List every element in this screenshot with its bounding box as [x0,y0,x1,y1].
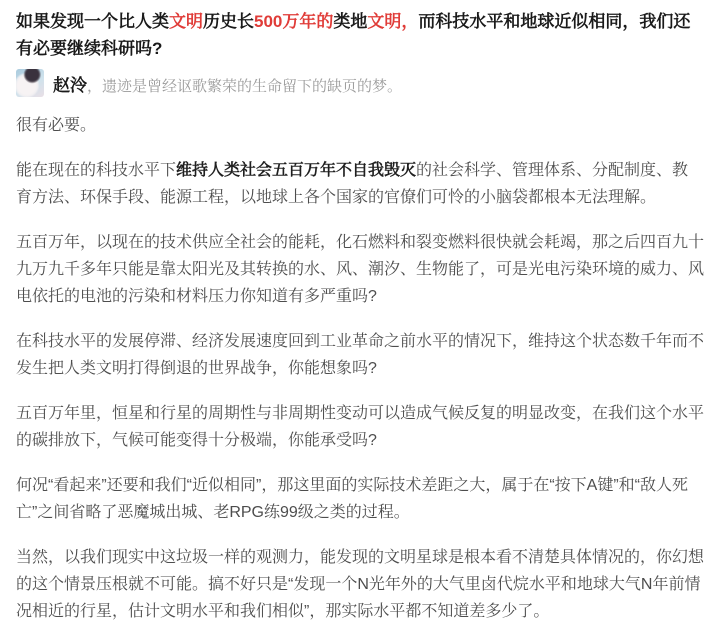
question-title[interactable]: 如果发现一个比人类文明历史长500万年的类地文明，而科技水平和地球近似相同，我们… [16,8,704,62]
answer-paragraph: 何况“看起来”还要和我们“近似相同”，那这里面的实际技术差距之大，属于在“按下A… [16,472,704,526]
page-container: 如果发现一个比人类文明历史长500万年的类地文明，而科技水平和地球近似相同，我们… [0,0,720,623]
answer-paragraph: 当然，以我们现实中这垃圾一样的观测力，能发现的文明星球是根本看不清楚具体情况的，… [16,544,704,623]
text-run: 五百万年里，恒星和行星的周期性与非周期性变动可以造成气候反复的明显改变，在我们这… [16,405,704,449]
highlighted-keyword: 文明 [169,12,203,31]
text-run: 五百万年，以现在的技术供应全社会的能耗，化石燃料和裂变燃料很快就会耗竭，那之后四… [16,234,704,305]
answer-paragraph: 能在现在的科技水平下维持人类社会五百万年不自我毁灭的社会科学、管理体系、分配制度… [16,157,704,211]
bold-emphasis: 维持人类社会五百万年不自我毁灭 [176,162,416,179]
text-run: 如果发现一个比人类 [16,12,169,31]
text-run: 当然，以我们现实中这垃圾一样的观测力，能发现的文明星球是根本看不清楚具体情况的，… [16,549,704,620]
text-run: 在科技水平的发展停滞、经济发展速度回到工业革命之前水平的情况下，维持这个状态数千… [16,333,704,377]
author-bio: 遗迹是曾经讴歌繁荣的生命留下的缺页的梦。 [102,78,402,95]
text-run: 历史长 [203,12,254,31]
answer-paragraph: 五百万年，以现在的技术供应全社会的能耗，化石燃料和裂变燃料很快就会耗竭，那之后四… [16,229,704,310]
answer-body: 很有必要。能在现在的科技水平下维持人类社会五百万年不自我毁灭的社会科学、管理体系… [16,112,704,623]
answer-paragraph: 很有必要。 [16,112,704,139]
author-text: 赵泠，遗迹是曾经讴歌繁荣的生命留下的缺页的梦。 [53,71,402,96]
text-run: 何况“看起来”还要和我们“近似相同”，那这里面的实际技术差距之大，属于在“按下A… [16,477,688,521]
text-run: 能在现在的科技水平下 [16,162,176,179]
answer-paragraph: 五百万年里，恒星和行星的周期性与非周期性变动可以造成气候反复的明显改变，在我们这… [16,400,704,454]
author-row: 赵泠，遗迹是曾经讴歌繁荣的生命留下的缺页的梦。 [16,69,704,97]
highlighted-keyword: 500万年的 [254,12,333,31]
author-separator: ， [87,78,102,95]
text-run: 很有必要。 [16,117,96,134]
author-avatar-icon[interactable] [16,69,44,97]
text-run: 类地 [333,12,367,31]
answer-paragraph: 在科技水平的发展停滞、经济发展速度回到工业革命之前水平的情况下，维持这个状态数千… [16,328,704,382]
author-name[interactable]: 赵泠 [53,76,87,95]
highlighted-keyword: 文明， [367,12,418,31]
